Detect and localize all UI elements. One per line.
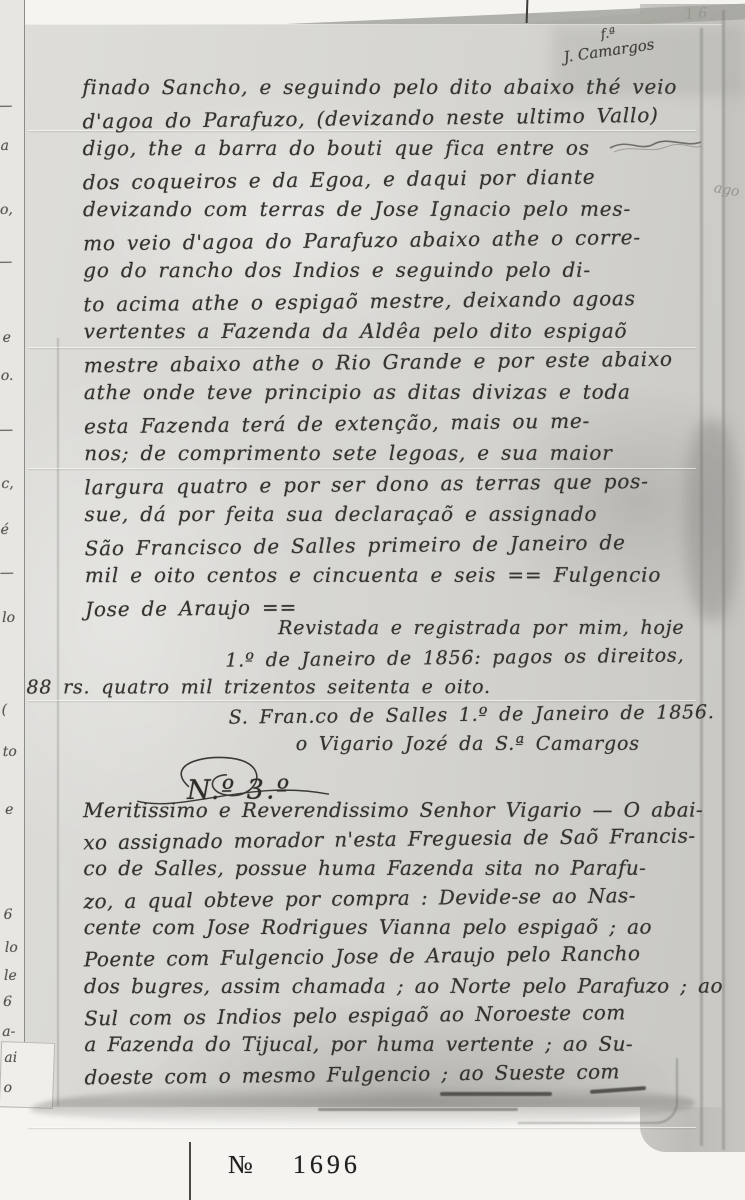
archive-number: 1696 — [293, 1150, 361, 1179]
manuscript-line: Meritissimo e Reverendissimo Senhor Viga… — [83, 798, 703, 823]
stamp-rule-line — [189, 1142, 191, 1200]
manuscript-line: zo, a qual obteve por compra : Devide-se… — [83, 882, 703, 913]
margin-fragment: — — [0, 422, 13, 438]
registration-line: 1.º de Janeiro de 1856: pagos os direito… — [225, 643, 745, 672]
manuscript-line: vertentes a Fazenda da Aldêa pelo dito e… — [84, 319, 704, 344]
manuscript-line: finado Sancho, e seguindo pelo dito abai… — [82, 75, 702, 100]
manuscript-line: cente com Jose Rodrigues Vianna pelo esp… — [84, 915, 704, 940]
manuscript-line: digo, the a barra do bouti que fica entr… — [83, 136, 703, 161]
manuscript-line: sue, dá por feita sua declaraçaõ e assig… — [85, 502, 705, 527]
corner-signature-note: f.ª J. Camargos — [560, 20, 655, 66]
margin-fragment: lo — [5, 940, 18, 956]
margin-fragment: a- — [2, 1024, 15, 1040]
manuscript-line: Sul com os Indios pelo espigaõ ao Noroes… — [84, 999, 704, 1030]
margin-fragment: a — [1, 138, 9, 154]
faint-page-number: 1 6 — [684, 5, 708, 23]
manuscript-line: São Francisco de Salles primeiro de Jane… — [85, 529, 705, 560]
manuscript-line: dos bugres, assim chamada ; ao Norte pel… — [84, 974, 704, 999]
margin-fragment: — — [0, 565, 14, 581]
margin-fragment: ai — [4, 1050, 17, 1066]
margin-fragment: to — [3, 744, 17, 760]
manuscript-line: devizando com terras de Jose Ignacio pel… — [83, 197, 703, 222]
manuscript-line: mil e oito centos e cincuenta e seis == … — [85, 563, 705, 588]
manuscript-line: mestre abaixo athe o Rio Grande e por es… — [84, 346, 704, 377]
handwritten-text-layer: f.ª J. Camargos 1 6 ago finado Sancho, e… — [0, 0, 745, 1200]
margin-fragment: 6 — [3, 994, 12, 1010]
vicar-signature-line: o Vigario Jozé da S.ª Camargos — [296, 733, 745, 756]
registration-line: Revistada e registrada por mim, hoje — [278, 617, 745, 640]
margin-fragment: o — [4, 1080, 13, 1096]
faint-margin-word: ago — [713, 180, 741, 200]
margin-fragment: — — [0, 98, 12, 114]
margin-fragment: o. — [1, 368, 14, 384]
manuscript-line: co de Salles, possue huma Fazenda sita n… — [83, 856, 703, 881]
manuscript-line: esta Fazenda terá de extenção, mais ou m… — [84, 407, 704, 438]
margin-fragment: lo — [2, 610, 15, 626]
manuscript-line: xo assignado morador n'esta Freguesia de… — [83, 823, 703, 854]
manuscript-line: d'agoa do Parafuzo, (devizando neste ult… — [82, 102, 702, 133]
manuscript-line: a Fazenda do Tijucal, por huma vertente … — [84, 1032, 704, 1057]
margin-fragment: le — [4, 968, 17, 984]
registration-line: S. Fran.co de Salles 1.º de Janeiro de 1… — [228, 700, 745, 729]
margin-fragment: 6 — [4, 907, 13, 923]
margin-fragment: o, — [0, 202, 13, 218]
manuscript-line: dos coqueiros e da Egoa, e daqui por dia… — [83, 163, 703, 194]
manuscript-line: mo veio d'agoa do Parafuzo abaixo athe o… — [83, 224, 703, 255]
margin-fragment: ( — [2, 702, 8, 718]
manuscript-line: doeste com o mesmo Fulgencio ; ao Sueste… — [84, 1058, 704, 1089]
manuscript-line: largura quatro e por ser dono as terras … — [84, 468, 704, 499]
margin-fragment: c, — [1, 476, 13, 492]
scanned-manuscript-page: f.ª J. Camargos 1 6 ago finado Sancho, e… — [0, 0, 745, 1200]
manuscript-line: athe onde teve principio as ditas diviza… — [84, 380, 704, 405]
manuscript-line: nos; de comprimento sete legoas, e sua m… — [84, 441, 704, 466]
manuscript-line: go do rancho dos Indios e seguindo pelo … — [83, 258, 703, 283]
margin-fragment: — — [0, 254, 12, 270]
margin-fragment: é — [1, 522, 9, 538]
numero-sign: № — [228, 1150, 253, 1179]
registration-line: 88 rs. quatro mil trizentos seitenta e o… — [26, 676, 646, 699]
margin-fragment: e — [3, 330, 11, 346]
archive-number-stamp: №1696 — [228, 1150, 361, 1180]
margin-fragment: e — [5, 802, 13, 818]
manuscript-line: Poente com Fulgencio Jose de Araujo pelo… — [84, 940, 704, 971]
manuscript-line: to acima athe o espigaõ mestre, deixando… — [83, 285, 703, 316]
